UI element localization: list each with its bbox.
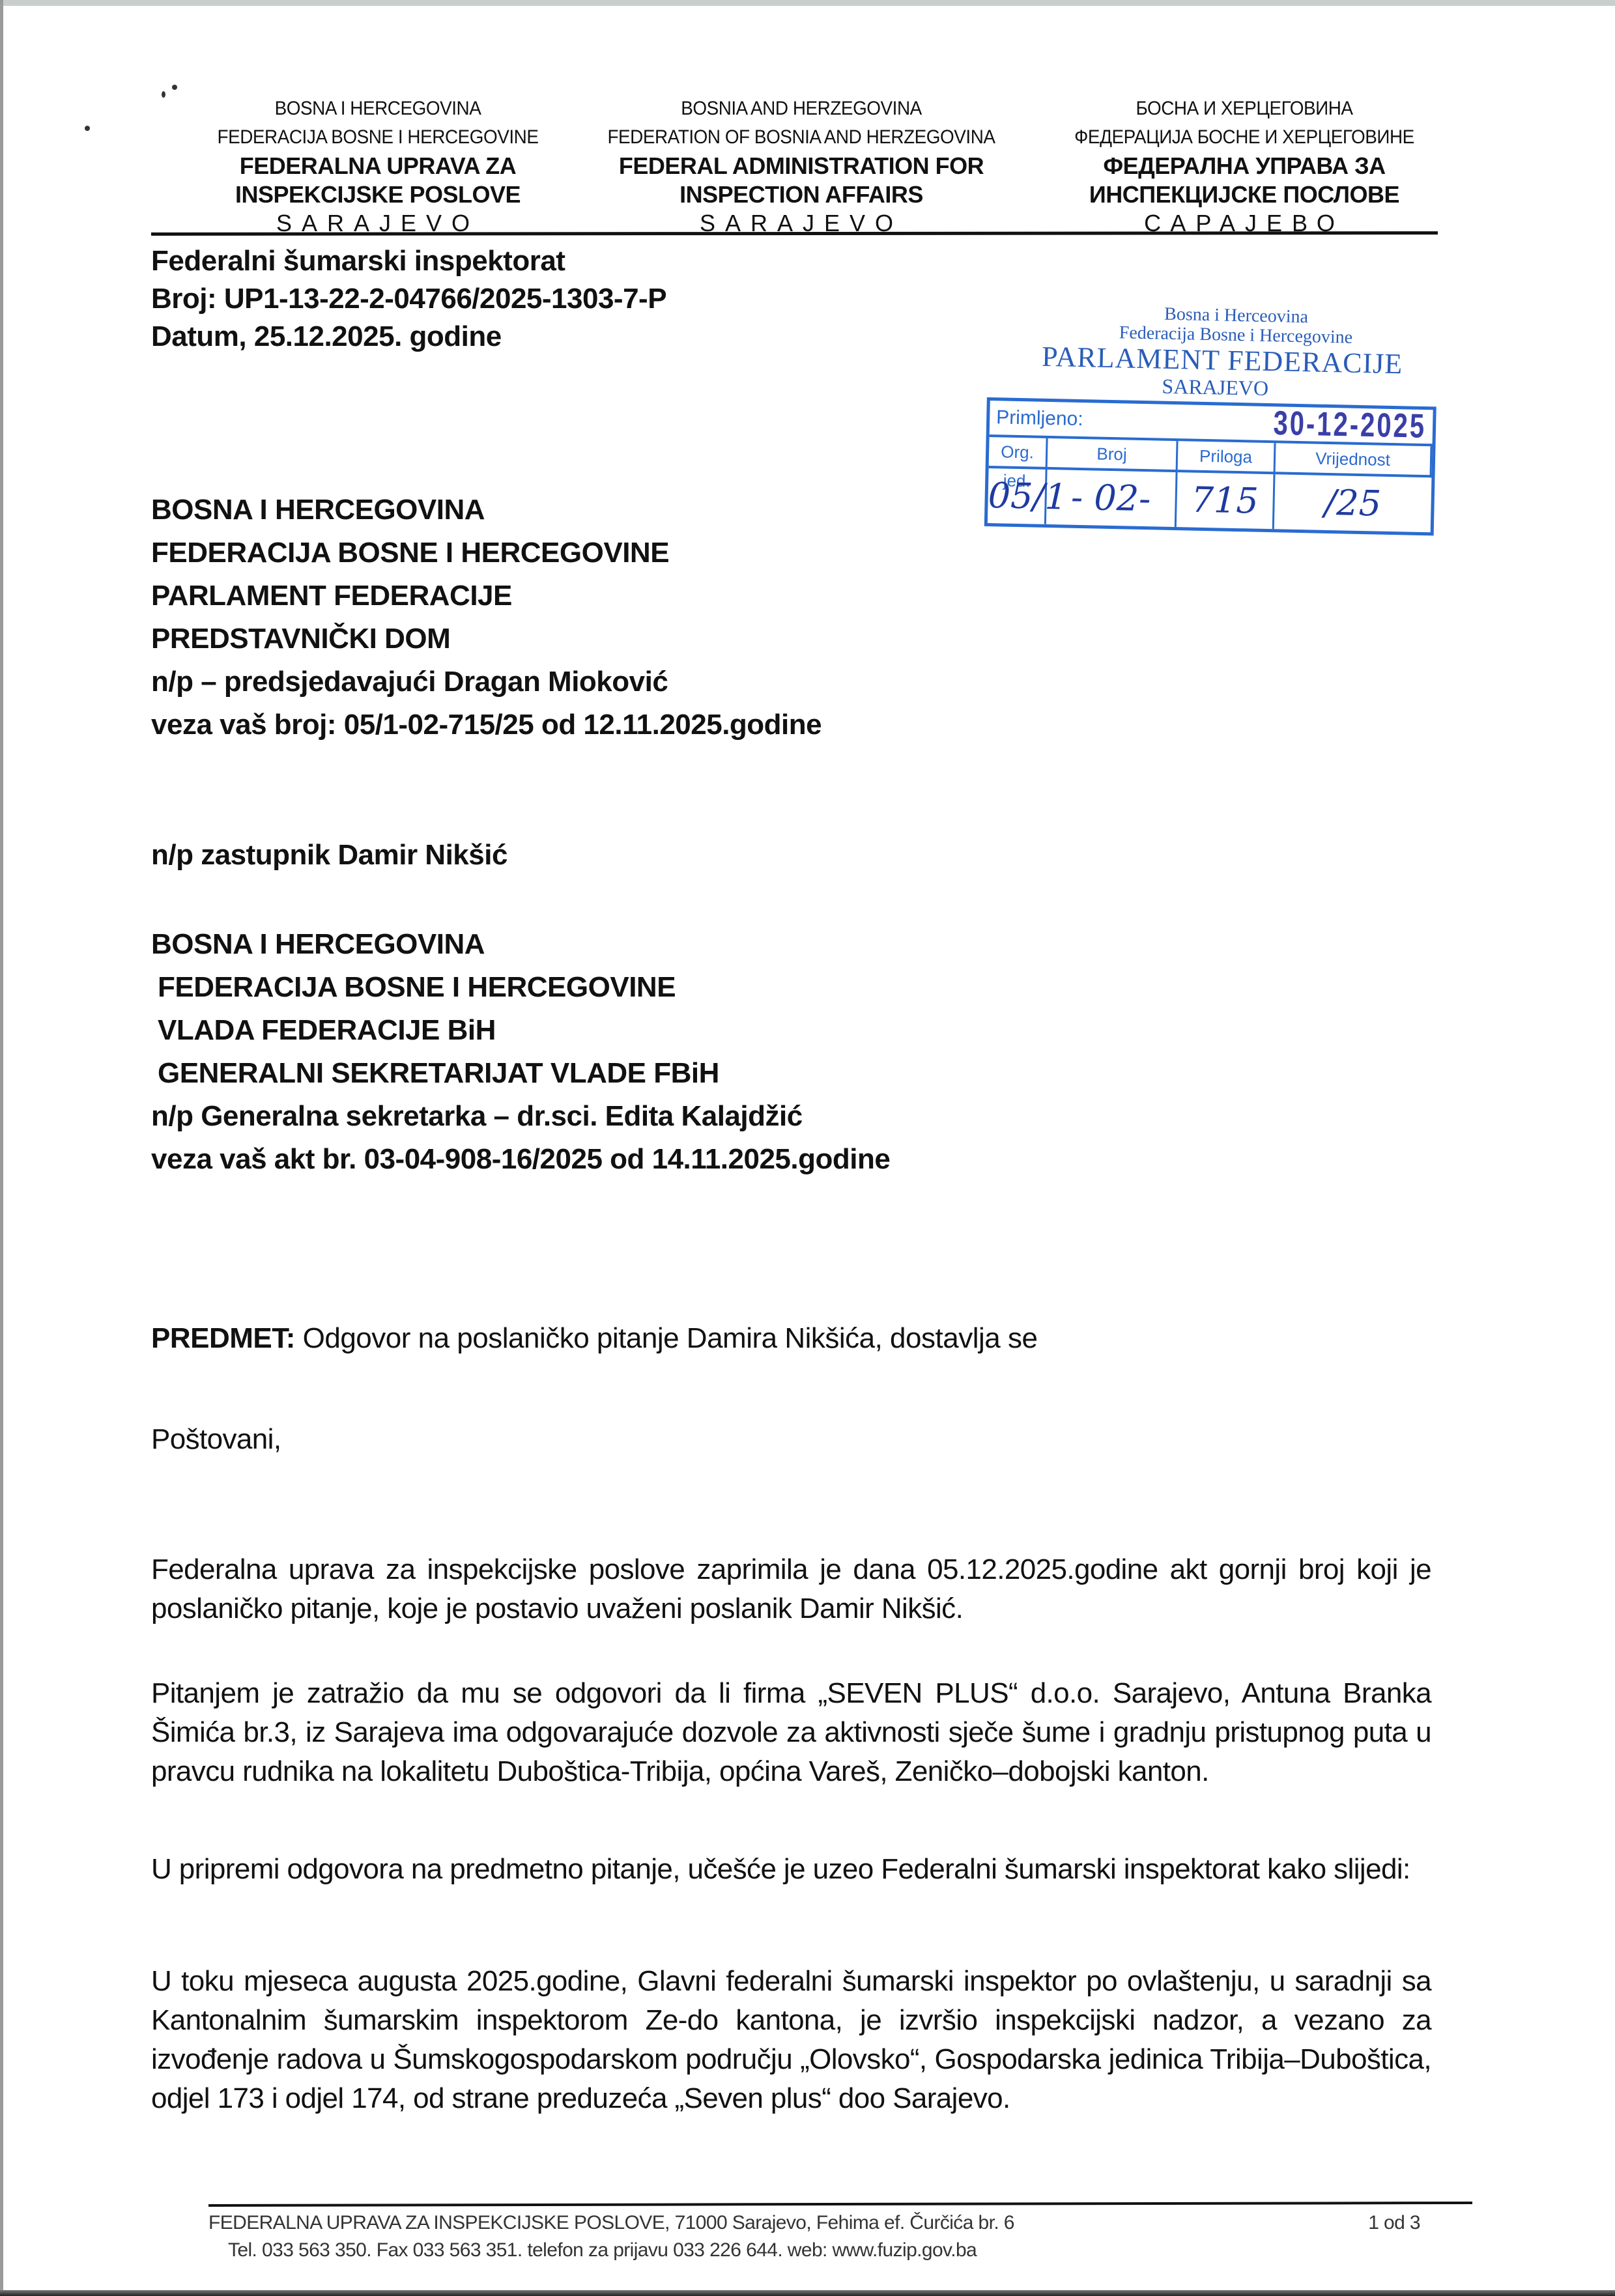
- recipient-reference: veza vaš akt br. 03-04-908-16/2025 od 14…: [151, 1138, 890, 1181]
- stamp-grid: Org. jed. Broj Priloga Vrijednost 05/1 -…: [988, 437, 1433, 532]
- body-paragraph: U toku mjeseca augusta 2025.godine, Glav…: [151, 1962, 1431, 2118]
- stamp-col-value: Vrijednost: [1276, 443, 1433, 477]
- letterhead-federation: ФЕДЕРАЦИЈА БОСНЕ И ХЕРЦЕГОВИНЕ: [1041, 123, 1447, 152]
- recipient-representative: n/p zastupnik Damir Nikšić: [151, 834, 507, 877]
- recipient-attention: n/p zastupnik Damir Nikšić: [151, 834, 507, 877]
- recipient-line: GENERALNI SEKRETARIJAT VLADE FBiH: [151, 1052, 890, 1095]
- stamp-registry-box: Primljeno: 30-12-2025 Org. jed. Broj Pri…: [984, 397, 1436, 535]
- stamp-col-number: Broj: [1048, 438, 1179, 472]
- recipient-line: PARLAMENT FEDERACIJE: [151, 574, 822, 617]
- scan-edge-left: [0, 0, 3, 2296]
- letterhead-agency-line2: INSPEKCIJSKE POSLOVE: [176, 180, 580, 209]
- stamp-val-org-unit: 05/1: [988, 468, 1048, 524]
- scan-speck: [172, 85, 177, 90]
- scan-speck: [85, 126, 90, 131]
- reception-stamp: Bosna i Herceovina Federacija Bosne i He…: [984, 301, 1445, 536]
- footer-contact: Tel. 033 563 350. Fax 033 563 351. telef…: [228, 2239, 977, 2261]
- page-number: 1 od 3: [1368, 2212, 1420, 2234]
- letterhead-country: BOSNIA AND HERZEGOVINA: [595, 94, 1007, 123]
- stamp-received-label: Primljeno:: [996, 406, 1083, 431]
- stamp-val-number: - 02-: [1046, 470, 1178, 527]
- recipient-line: PREDSTAVNIČKI DOM: [151, 617, 822, 660]
- letterhead-country: BOSNA I HERCEGOVINA: [190, 94, 566, 123]
- recipient-line: VLADA FEDERACIJE BiH: [151, 1009, 890, 1052]
- recipient-parliament: BOSNA I HERCEGOVINA FEDERACIJA BOSNE I H…: [151, 489, 822, 746]
- letterhead-agency-line2: ИНСПЕКЦИЈСКЕ ПОСЛОВЕ: [1026, 180, 1463, 209]
- stamp-val-attachments: 715: [1177, 472, 1276, 529]
- body-paragraph: Federalna uprava za inspekcijske poslove…: [151, 1550, 1431, 1628]
- document-number: Broj: UP1-13-22-2-04766/2025-1303-7-P: [151, 280, 666, 318]
- body-paragraph: Pitanjem je zatražio da mu se odgovori d…: [151, 1674, 1431, 1791]
- letterhead-country: БОСНА И ХЕРЦЕГОВИНА: [1041, 94, 1447, 123]
- letterhead-agency-line1: FEDERALNA UPRAVA ZA: [176, 152, 580, 180]
- subject-label: PREDMET:: [151, 1322, 295, 1354]
- body-paragraph: U pripremi odgovora na predmetno pitanje…: [151, 1850, 1431, 1889]
- recipient-line: BOSNA I HERCEGOVINA: [151, 489, 822, 531]
- recipient-line: FEDERACIJA BOSNE I HERCEGOVINE: [151, 531, 822, 574]
- letterhead-federation: FEDERACIJA BOSNE I HERCEGOVINE: [190, 123, 566, 152]
- footer-address-text: FEDERALNA UPRAVA ZA INSPEKCIJSKE POSLOVE…: [208, 2212, 1014, 2233]
- recipient-attention: n/p – predsjedavajući Dragan Mioković: [151, 660, 822, 703]
- stamp-col-attachments: Priloga: [1178, 441, 1276, 474]
- document-header: Federalni šumarski inspektorat Broj: UP1…: [151, 242, 666, 356]
- scan-edge-bottom: [0, 2290, 1615, 2296]
- recipient-attention: n/p Generalna sekretarka – dr.sci. Edita…: [151, 1095, 890, 1138]
- letterhead-english: BOSNIA AND HERZEGOVINA FEDERATION OF BOS…: [580, 94, 1023, 238]
- letterhead-bosnian: BOSNA I HERCEGOVINA FEDERACIJA BOSNE I H…: [176, 94, 580, 238]
- stamp-col-org-unit: Org. jed.: [989, 437, 1048, 470]
- stamp-val-value: /25: [1274, 474, 1432, 532]
- stamp-received-date: 30-12-2025: [1273, 404, 1427, 446]
- footer-divider: [208, 2202, 1472, 2207]
- greeting: Poštovani,: [151, 1420, 1431, 1459]
- recipient-line: FEDERACIJA BOSNE I HERCEGOVINE: [151, 966, 890, 1009]
- recipient-reference: veza vaš broj: 05/1-02-715/25 od 12.11.2…: [151, 703, 822, 746]
- letterhead-agency-line1: FEDERAL ADMINISTRATION FOR: [580, 152, 1023, 180]
- scan-speck: [162, 91, 165, 98]
- footer-address: FEDERALNA UPRAVA ZA INSPEKCIJSKE POSLOVE…: [208, 2212, 1472, 2234]
- subject-line: PREDMET: Odgovor na poslaničko pitanje D…: [151, 1322, 1037, 1355]
- recipient-government: BOSNA I HERCEGOVINA FEDERACIJA BOSNE I H…: [151, 923, 890, 1181]
- subject-text: Odgovor na poslaničko pitanje Damira Nik…: [295, 1322, 1038, 1354]
- letterhead-agency-line1: ФЕДЕРАЛНА УПРАВА ЗА: [1026, 152, 1463, 180]
- recipient-line: BOSNA I HERCEGOVINA: [151, 923, 890, 966]
- scan-edge-top: [0, 0, 1615, 6]
- document-date: Datum, 25.12.2025. godine: [151, 318, 666, 356]
- department-name: Federalni šumarski inspektorat: [151, 242, 666, 280]
- letterhead-agency-line2: INSPECTION AFFAIRS: [580, 180, 1023, 209]
- letterhead-cyrillic: БОСНА И ХЕРЦЕГОВИНА ФЕДЕРАЦИЈА БОСНЕ И Х…: [1026, 94, 1463, 238]
- letterhead-federation: FEDERATION OF BOSNIA AND HERZEGOVINA: [595, 123, 1007, 152]
